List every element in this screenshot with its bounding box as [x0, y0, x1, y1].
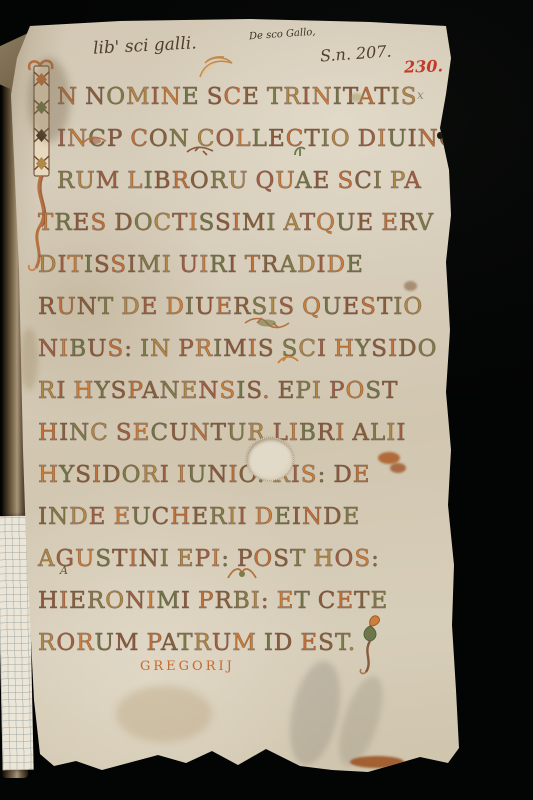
- stain: [350, 93, 363, 102]
- manuscript-line: NIBUS: IN PRIMIS SCI HYSIDO: [38, 334, 437, 364]
- rubric: GREGORIJ: [140, 659, 235, 674]
- stain: [350, 756, 404, 768]
- parchment-hole: [246, 437, 294, 481]
- manuscript-line: RORUM PATRUM ID EST.: [38, 628, 356, 658]
- manuscript-line: TRES DOCTISSIMI ATQUE ERV: [38, 208, 434, 238]
- manuscript-line: HIERONIMI PRBI: ET CETE: [38, 586, 388, 616]
- manuscript-line: HYSIDORI IUNIO. RIS: DE: [38, 460, 371, 490]
- manuscript-line: HINC SECUNTUR LIBRI ALII: [38, 418, 406, 448]
- manuscript-text: N NOMINE SCE TRINITATISINCP CON COLLECTI…: [0, 0, 533, 800]
- abbrev-mark-icon: [292, 143, 308, 159]
- manuscript-line: AGUSTINI EPI: POST HOS:: [38, 544, 380, 574]
- wormhole: [442, 114, 447, 120]
- stain: [390, 463, 406, 473]
- manuscript-line: INCP CON COLLECTIO DIUINO: [57, 124, 459, 154]
- stain: [28, 58, 70, 142]
- leaf-ornament-icon: [82, 134, 108, 148]
- wormhole: [437, 132, 443, 139]
- stain: [20, 328, 38, 390]
- flame-ornament-icon: [276, 353, 300, 366]
- wing-ornament-icon: [226, 565, 258, 581]
- stain: [404, 281, 417, 291]
- manuscript-line: RUNT DE DIUERSIS QUESTIO: [38, 292, 423, 322]
- leaf-ornament-icon: [243, 316, 291, 330]
- leaf-ornament-icon: [185, 145, 215, 158]
- manuscript-line: RUM LIBRORU QUAE SCI PA: [57, 166, 422, 196]
- sprout-ornament-icon: [196, 54, 236, 80]
- photo-background: lib' sci galli. De sco Gallo, S.n. 207. …: [0, 0, 533, 800]
- manuscript-line: N NOMINE SCE TRINITATIS: [57, 82, 418, 112]
- manuscript-page: lib' sci galli. De sco Gallo, S.n. 207. …: [0, 0, 533, 800]
- plant-flourish-icon: [354, 611, 384, 675]
- manuscript-line: INDE EUCHERII DEINDE: [38, 502, 360, 532]
- stain: [116, 686, 212, 742]
- manuscript-line: DITISSIMI UIRI TRADIDE: [38, 250, 364, 280]
- manuscript-line: RI HYSPANENSIS. EPI POST: [38, 376, 398, 406]
